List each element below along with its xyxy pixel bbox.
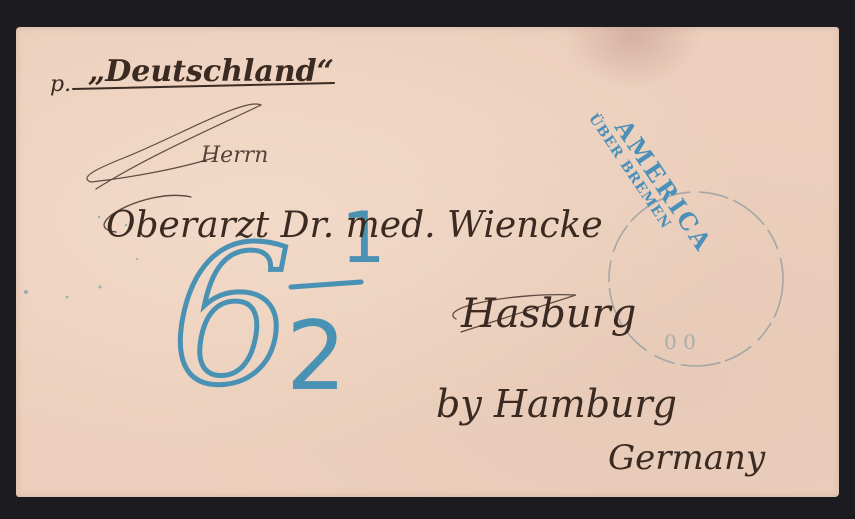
rate-denominator: 2 — [286, 302, 346, 412]
address-line1: Oberarzt Dr. med. Wiencke — [106, 205, 603, 246]
address-line3: by Hamburg — [436, 382, 677, 426]
datestamp-text: 0 0 — [664, 330, 696, 354]
transit-stamp: AMERICA ÜBER BREMEN — [585, 96, 719, 265]
transit-stamp-line1: AMERICA — [608, 113, 718, 257]
rate-fraction-bar — [291, 282, 361, 287]
envelope: 0 0 p. „Deutschland“ Herrn 6 1 2 AMERICA… — [16, 27, 839, 497]
envelope-markings: 0 0 p. „Deutschland“ Herrn 6 1 2 AMERICA… — [16, 27, 839, 497]
address-line2: Hasburg — [460, 291, 636, 337]
salutation-text: Herrn — [200, 143, 268, 168]
routing-prefix: p. — [50, 72, 71, 97]
address-line4: Germany — [608, 438, 766, 478]
routing-note: p. „Deutschland“ — [50, 54, 334, 97]
salutation: Herrn — [87, 104, 268, 189]
